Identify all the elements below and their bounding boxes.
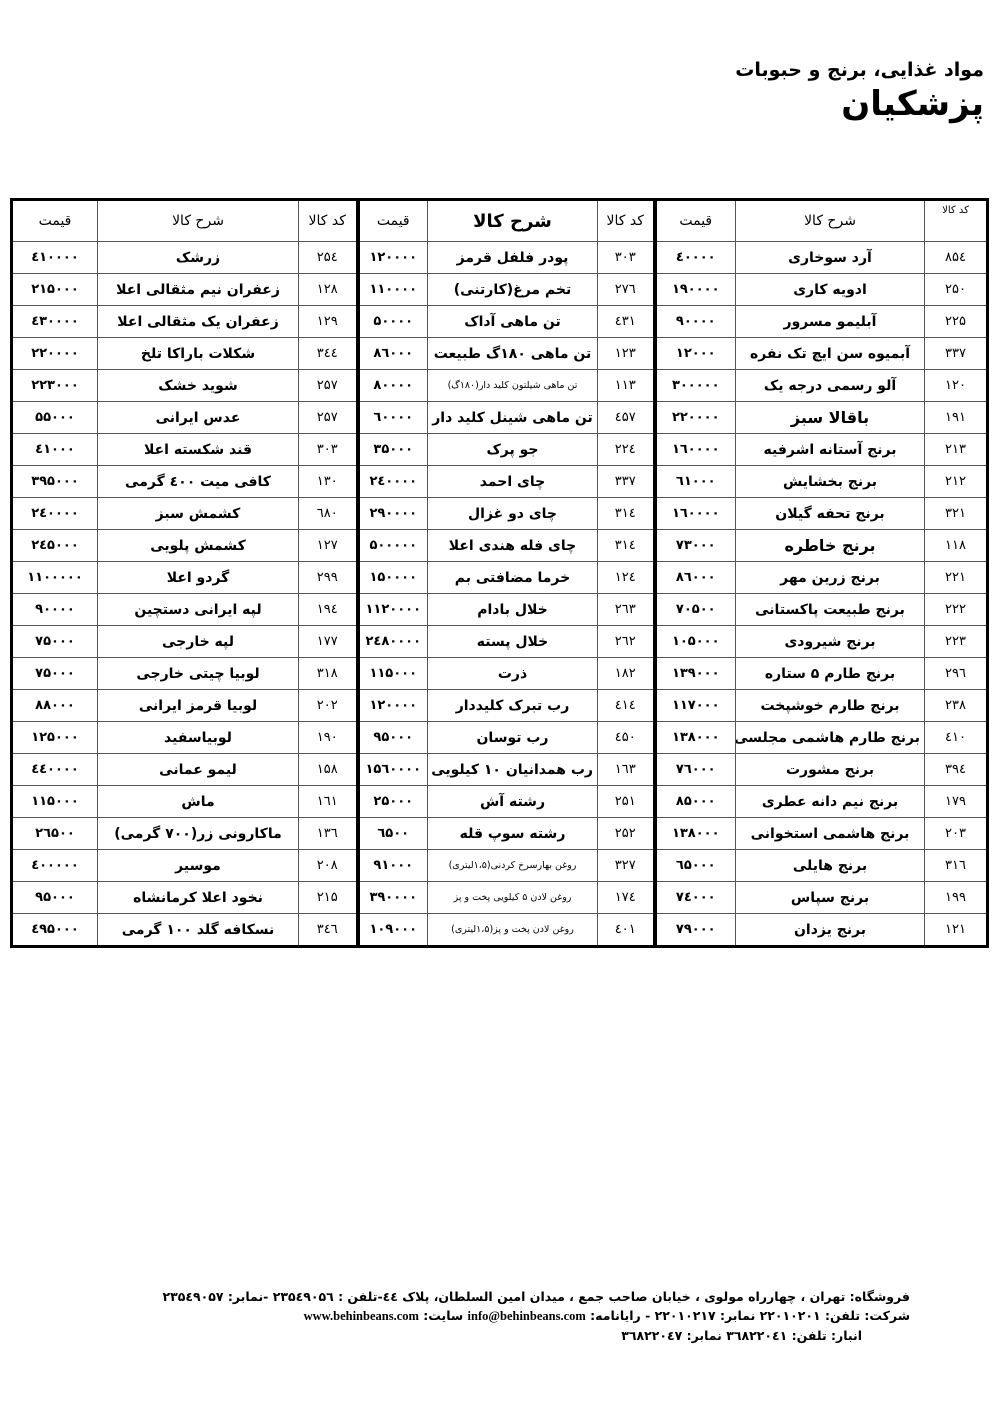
- cell-description: کشمش سبز: [98, 498, 299, 530]
- cell-price: ۱۱۷٠٠٠: [655, 690, 736, 722]
- cell-code: ۳۱٤: [598, 530, 655, 562]
- page-header: مواد غذایی، برنج و حبوبات پزشکیان: [735, 58, 984, 124]
- cell-code: ۲۲۳: [925, 626, 988, 658]
- cell-price: ٤۱٠٠٠: [12, 434, 98, 466]
- cell-code: ۱۲٠: [925, 370, 988, 402]
- cell-code: ۲۵۷: [299, 402, 358, 434]
- email-link[interactable]: info@behinbeans.com: [468, 1309, 586, 1323]
- cell-description: موسیر: [98, 850, 299, 882]
- table-row: ۱۲٠آلو رسمی درجه یک۳٠٠٠٠٠۱۱۳تن ماهی شیلت…: [12, 370, 988, 402]
- cell-code: ۱۳٦: [299, 818, 358, 850]
- cell-description: جو پرک: [428, 434, 598, 466]
- cell-description: چای فله هندی اعلا: [428, 530, 598, 562]
- cell-description: شوید خشک: [98, 370, 299, 402]
- cell-description: لپه ایرانی دستچین: [98, 594, 299, 626]
- catalog-subtitle: مواد غذایی، برنج و حبوبات: [735, 58, 984, 82]
- cell-code: ۱۹٠: [299, 722, 358, 754]
- site-label: سایت:: [423, 1308, 463, 1323]
- cell-description: نسکافه گلد ۱٠٠ گرمی: [98, 914, 299, 947]
- table-row: ٤۱٠برنج طارم هاشمی مجلسی۱۳۸٠٠٠٤۵٠رب توسا…: [12, 722, 988, 754]
- brand-title: پزشکیان: [735, 84, 984, 124]
- warehouse-contact: انبار: تلفن: ۳٦۸۲۲٠٤۱ نمابر: ۳٦۸۲۲٠٤۷: [130, 1326, 910, 1345]
- cell-price: ۵٠٠٠٠٠: [358, 530, 428, 562]
- cell-price: ٦۵٠٠: [358, 818, 428, 850]
- cell-price: ۸۵٠٠٠: [655, 786, 736, 818]
- table-row: ۱۹۹برنج سپاس۷٤٠٠٠۱۷٤روغن لادن ۵ کیلویی پ…: [12, 882, 988, 914]
- cell-price: ۱۱٠٠٠٠٠: [12, 562, 98, 594]
- cell-price: ۱۱۵٠٠٠: [12, 786, 98, 818]
- cell-code: ۲۲٤: [598, 434, 655, 466]
- cell-description: زعفران نیم مثقالی اعلا: [98, 274, 299, 306]
- cell-code: ٤۵٠: [598, 722, 655, 754]
- cell-description: عدس ایرانی: [98, 402, 299, 434]
- cell-price: ۱۳۸٠٠٠: [655, 818, 736, 850]
- cell-code: ۲۵۷: [299, 370, 358, 402]
- cell-price: ٦٠٠٠٠: [358, 402, 428, 434]
- cell-description: ادویه کاری: [736, 274, 925, 306]
- cell-description: لوبیا چیتی خارجی: [98, 658, 299, 690]
- price-list-table: کد کالا شرح کالا قیمت کد کالا شرح کالا ق…: [10, 198, 989, 948]
- cell-code: ٤۱٤: [598, 690, 655, 722]
- cell-price: ۱۲٠٠٠٠: [358, 242, 428, 274]
- table-row: ۲۲۳برنج شیرودی۱٠۵٠٠٠۲٦۲خلال پسته۲٤۸٠٠٠٠۱…: [12, 626, 988, 658]
- cell-price: ۹٠٠٠٠: [655, 306, 736, 338]
- cell-code: ۳٠۳: [299, 434, 358, 466]
- cell-code: ۸۵٤: [925, 242, 988, 274]
- cell-code: ۱۸۲: [598, 658, 655, 690]
- cell-description: زعفران یک مثقالی اعلا: [98, 306, 299, 338]
- cell-code: ۲٠۲: [299, 690, 358, 722]
- cell-description: برنج تحفه گیلان: [736, 498, 925, 530]
- cell-code: ٤۵۷: [598, 402, 655, 434]
- cell-code: ۲۵۲: [598, 818, 655, 850]
- cell-description: روغن لادن پخت و پز(۱،۵لیتری): [428, 914, 598, 947]
- cell-description: کشمش پلویی: [98, 530, 299, 562]
- cell-price: ۳۵٠٠٠: [358, 434, 428, 466]
- header-description: شرح کالا: [736, 200, 925, 242]
- cell-description: تن ماهی ۱۸٠گ طبیعت: [428, 338, 598, 370]
- cell-price: ۲۲٠٠٠٠: [655, 402, 736, 434]
- cell-code: ۲٠۸: [299, 850, 358, 882]
- cell-description: برنج مشورت: [736, 754, 925, 786]
- cell-code: ۱٦۱: [299, 786, 358, 818]
- cell-code: ۳۱۸: [299, 658, 358, 690]
- header-description: شرح کالا: [428, 200, 598, 242]
- cell-price: ۷۹٠٠٠: [655, 914, 736, 947]
- company-contact: شرکت: تلفن: ۲۲٠۱٠۲٠۱ نمابر: ۲۲٠۱٠۲۱۷ - ر…: [130, 1306, 910, 1326]
- cell-code: ۳٤٤: [299, 338, 358, 370]
- table-row: ۱۲۱برنج یزدان۷۹٠٠٠٤٠۱روغن لادن پخت و پز(…: [12, 914, 988, 947]
- cell-code: ٤۳۱: [598, 306, 655, 338]
- cell-description: لوبیاسفید: [98, 722, 299, 754]
- cell-description: لپه خارجی: [98, 626, 299, 658]
- company-phone-fax: شرکت: تلفن: ۲۲٠۱٠۲٠۱ نمابر: ۲۲٠۱٠۲۱۷ - ر…: [590, 1308, 910, 1323]
- cell-description: رشته سوپ قله: [428, 818, 598, 850]
- cell-description: برنج بخشایش: [736, 466, 925, 498]
- cell-code: ۲۵٠: [925, 274, 988, 306]
- cell-code: ۳۱٦: [925, 850, 988, 882]
- cell-price: ۹۵٠٠٠: [358, 722, 428, 754]
- table-body: ۸۵٤آرد سوخاری٤٠٠٠٠۳٠۳پودر فلفل قرمز۱۲٠٠٠…: [12, 242, 988, 947]
- cell-description: برنج طارم ۵ ستاره: [736, 658, 925, 690]
- cell-code: ۳۲۱: [925, 498, 988, 530]
- cell-code: ٦۸٠: [299, 498, 358, 530]
- cell-code: ۲۲۱: [925, 562, 988, 594]
- table-row: ۳۹٤برنج مشورت۷٦٠٠٠۱٦۳رب همدانیان ۱٠ کیلو…: [12, 754, 988, 786]
- cell-description: نخود اعلا کرمانشاه: [98, 882, 299, 914]
- cell-code: ۱۲۹: [299, 306, 358, 338]
- cell-code: ۳۱٤: [598, 498, 655, 530]
- cell-price: ۸۸٠٠٠: [12, 690, 98, 722]
- cell-price: ۳۹۵٠٠٠: [12, 466, 98, 498]
- table-row: ۱۷۹برنج نیم دانه عطری۸۵٠٠٠۲۵۱رشته آش۲۵٠٠…: [12, 786, 988, 818]
- cell-code: ٤٠۱: [598, 914, 655, 947]
- cell-description: رب توسان: [428, 722, 598, 754]
- table-row: ۲۵٠ادویه کاری۱۹٠٠٠٠۲۷٦تخم مرغ(کارتنی)۱۱٠…: [12, 274, 988, 306]
- cell-price: ۵۵٠٠٠: [12, 402, 98, 434]
- cell-description: روغن بهارسرخ کردنی(۱،۵لیتری): [428, 850, 598, 882]
- cell-description: شکلات باراکا تلخ: [98, 338, 299, 370]
- cell-price: ۲٤۵٠٠٠: [12, 530, 98, 562]
- cell-code: ۱۹٤: [299, 594, 358, 626]
- cell-price: ۷۳٠٠٠: [655, 530, 736, 562]
- cell-code: ۲۵٤: [299, 242, 358, 274]
- cell-code: ۳۲۷: [598, 850, 655, 882]
- table-row: ۲۹٦برنج طارم ۵ ستاره۱۳۹٠٠٠۱۸۲ذرت۱۱۵٠٠٠۳۱…: [12, 658, 988, 690]
- table-row: ۸۵٤آرد سوخاری٤٠٠٠٠۳٠۳پودر فلفل قرمز۱۲٠٠٠…: [12, 242, 988, 274]
- cell-price: ۱۱۵٠٠٠: [358, 658, 428, 690]
- cell-code: ۱۳٠: [299, 466, 358, 498]
- cell-description: زرشک: [98, 242, 299, 274]
- cell-price: ٤۱٠٠٠٠: [12, 242, 98, 274]
- cell-code: ۳۹٤: [925, 754, 988, 786]
- cell-price: ۱٠۹٠٠٠: [358, 914, 428, 947]
- cell-price: ٦۵٠٠٠: [655, 850, 736, 882]
- cell-price: ٤٤٠٠٠٠: [12, 754, 98, 786]
- table-row: ۳۳۷آبمیوه سن ایچ تک نفره۱۲٠٠٠۱۲۳تن ماهی …: [12, 338, 988, 370]
- cell-code: ٤۱٠: [925, 722, 988, 754]
- cell-code: ۲۲۲: [925, 594, 988, 626]
- cell-description: برنج آستانه اشرفیه: [736, 434, 925, 466]
- header-code: کد کالا: [598, 200, 655, 242]
- cell-price: ۸٠٠٠٠: [358, 370, 428, 402]
- table-row: ۲۲۱برنج زرین مهر۸٦٠٠٠۱۲٤خرما مضافتی بم۱۵…: [12, 562, 988, 594]
- cell-price: ۹۱٠٠٠: [358, 850, 428, 882]
- cell-description: برنج زرین مهر: [736, 562, 925, 594]
- cell-price: ۷٠۵٠٠: [655, 594, 736, 626]
- cell-description: برنج نیم دانه عطری: [736, 786, 925, 818]
- cell-description: آلو رسمی درجه یک: [736, 370, 925, 402]
- cell-description: رب تبرک کلیددار: [428, 690, 598, 722]
- cell-price: ۹۵٠٠٠: [12, 882, 98, 914]
- cell-price: ۷۵٠٠٠: [12, 658, 98, 690]
- cell-price: ٦۱٠٠٠: [655, 466, 736, 498]
- cell-price: ۸٦٠٠٠: [655, 562, 736, 594]
- cell-price: ۲٦۵٠٠: [12, 818, 98, 850]
- cell-code: ۱۲٤: [598, 562, 655, 594]
- cell-description: روغن لادن ۵ کیلویی پخت و پز: [428, 882, 598, 914]
- table-header-row: کد کالا شرح کالا قیمت کد کالا شرح کالا ق…: [12, 200, 988, 242]
- cell-code: ۲٦۲: [598, 626, 655, 658]
- cell-price: ۱۳۸٠٠٠: [655, 722, 736, 754]
- cell-description: باقالا سبز: [736, 402, 925, 434]
- cell-code: ۱۵۸: [299, 754, 358, 786]
- cell-code: ۲۷٦: [598, 274, 655, 306]
- cell-price: ۱۱٠٠٠٠: [358, 274, 428, 306]
- cell-code: ۲٦۳: [598, 594, 655, 626]
- cell-price: ۸٦٠٠٠: [358, 338, 428, 370]
- table-row: ۲۱۲برنج بخشایش٦۱٠٠٠۳۳۷چای احمد۲٤٠٠٠٠۱۳٠ک…: [12, 466, 988, 498]
- cell-price: ۲۲۳٠٠٠: [12, 370, 98, 402]
- table-row: ۲٠۳برنج هاشمی استخوانی۱۳۸٠٠٠۲۵۲رشته سوپ …: [12, 818, 988, 850]
- cell-price: ۳۹٠٠٠٠: [358, 882, 428, 914]
- cell-code: ۲٠۳: [925, 818, 988, 850]
- header-price: قیمت: [655, 200, 736, 242]
- cell-code: ۳٠۳: [598, 242, 655, 274]
- cell-code: ۱۲۳: [598, 338, 655, 370]
- cell-code: ۲۹٦: [925, 658, 988, 690]
- cell-description: قند شکسته اعلا: [98, 434, 299, 466]
- cell-price: ٤۹۵٠٠٠: [12, 914, 98, 947]
- table-row: ۲۳۸برنج طارم خوشپخت۱۱۷٠٠٠٤۱٤رب تبرک کلید…: [12, 690, 988, 722]
- cell-price: ۲۱۵٠٠٠: [12, 274, 98, 306]
- header-code: کد کالا: [925, 200, 988, 242]
- cell-code: ۲۵۱: [598, 786, 655, 818]
- cell-code: ۱۷٤: [598, 882, 655, 914]
- cell-description: برنج شیرودی: [736, 626, 925, 658]
- cell-code: ۳۳۷: [925, 338, 988, 370]
- contact-footer: فروشگاه: تهران ، چهارراه مولوی ، خیابان …: [130, 1287, 910, 1345]
- cell-code: ۱۲۸: [299, 274, 358, 306]
- table-row: ۱۹۱باقالا سبز۲۲٠٠٠٠٤۵۷تن ماهی شینل کلید …: [12, 402, 988, 434]
- cell-description: خلال بادام: [428, 594, 598, 626]
- cell-price: ۲۵٠٠٠: [358, 786, 428, 818]
- cell-price: ۷٤٠٠٠: [655, 882, 736, 914]
- cell-price: ۱۱۲٠٠٠٠: [358, 594, 428, 626]
- cell-description: پودر فلفل قرمز: [428, 242, 598, 274]
- cell-description: لیمو عمانی: [98, 754, 299, 786]
- cell-code: ۲۳۸: [925, 690, 988, 722]
- cell-description: برنج طارم هاشمی مجلسی: [736, 722, 925, 754]
- cell-description: برنج هایلی: [736, 850, 925, 882]
- cell-code: ۱۲۷: [299, 530, 358, 562]
- cell-code: ۱۹۹: [925, 882, 988, 914]
- cell-price: ٤٠٠٠٠: [655, 242, 736, 274]
- cell-code: ۱۹۱: [925, 402, 988, 434]
- table-row: ۲۲۲برنج طبیعت پاکستانی۷٠۵٠٠۲٦۳خلال بادام…: [12, 594, 988, 626]
- table-row: ۳۱٦برنج هایلی٦۵٠٠٠۳۲۷روغن بهارسرخ کردنی(…: [12, 850, 988, 882]
- cell-price: ۱۹٠٠٠٠: [655, 274, 736, 306]
- header-description: شرح کالا: [98, 200, 299, 242]
- cell-price: ۱۲٠٠٠٠: [358, 690, 428, 722]
- cell-description: چای احمد: [428, 466, 598, 498]
- table-row: ۲۲۵آبلیمو مسرور۹٠٠٠٠٤۳۱تن ماهی آداک۵٠٠٠٠…: [12, 306, 988, 338]
- cell-price: ٤٠٠٠٠٠: [12, 850, 98, 882]
- table-row: ۳۲۱برنج تحفه گیلان۱٦٠٠٠٠۳۱٤چای دو غزال۲۹…: [12, 498, 988, 530]
- cell-price: ۲٤٠٠٠٠: [12, 498, 98, 530]
- cell-code: ۱۱۳: [598, 370, 655, 402]
- cell-description: گردو اعلا: [98, 562, 299, 594]
- cell-price: ۳٠٠٠٠٠: [655, 370, 736, 402]
- cell-price: ۲٤۸٠٠٠٠: [358, 626, 428, 658]
- cell-price: ۷٦٠٠٠: [655, 754, 736, 786]
- cell-code: ۳٤٦: [299, 914, 358, 947]
- cell-price: ۱٠۵٠٠٠: [655, 626, 736, 658]
- cell-description: خرما مضافتی بم: [428, 562, 598, 594]
- cell-description: ذرت: [428, 658, 598, 690]
- cell-code: ۲۱۳: [925, 434, 988, 466]
- header-price: قیمت: [12, 200, 98, 242]
- cell-price: ۹٠٠٠٠: [12, 594, 98, 626]
- cell-description: برنج سپاس: [736, 882, 925, 914]
- cell-price: ۱۳۹٠٠٠: [655, 658, 736, 690]
- cell-price: ۱۵٦٠٠٠٠: [358, 754, 428, 786]
- cell-price: ۱٦٠٠٠٠: [655, 498, 736, 530]
- table-row: ۲۱۳برنج آستانه اشرفیه۱٦٠٠٠٠۲۲٤جو پرک۳۵٠٠…: [12, 434, 988, 466]
- header-code: کد کالا: [299, 200, 358, 242]
- cell-description: تن ماهی شینل کلید دار: [428, 402, 598, 434]
- cell-description: تن ماهی شیلتون کلید دار(۱۸٠گ): [428, 370, 598, 402]
- cell-code: ۲۲۵: [925, 306, 988, 338]
- cell-code: ۲۹۹: [299, 562, 358, 594]
- header-price: قیمت: [358, 200, 428, 242]
- cell-code: ۱٦۳: [598, 754, 655, 786]
- cell-price: ۷۵٠٠٠: [12, 626, 98, 658]
- cell-price: ۱۲۵٠٠٠: [12, 722, 98, 754]
- cell-price: ۱۵٠٠٠٠: [358, 562, 428, 594]
- cell-code: ۲۱۲: [925, 466, 988, 498]
- cell-code: ۲۱۵: [299, 882, 358, 914]
- cell-code: ۱۷۹: [925, 786, 988, 818]
- cell-description: تن ماهی آداک: [428, 306, 598, 338]
- cell-price: ۱۲٠٠٠: [655, 338, 736, 370]
- cell-description: برنج یزدان: [736, 914, 925, 947]
- cell-description: آبمیوه سن ایچ تک نفره: [736, 338, 925, 370]
- cell-price: ۲۲٠٠٠٠: [12, 338, 98, 370]
- cell-code: ۳۳۷: [598, 466, 655, 498]
- cell-description: تخم مرغ(کارتنی): [428, 274, 598, 306]
- cell-code: ۱۱۸: [925, 530, 988, 562]
- cell-description: برنج هاشمی استخوانی: [736, 818, 925, 850]
- cell-description: ماش: [98, 786, 299, 818]
- cell-description: لوبیا قرمز ایرانی: [98, 690, 299, 722]
- cell-price: ۵٠٠٠٠: [358, 306, 428, 338]
- cell-price: ٤۳٠٠٠٠: [12, 306, 98, 338]
- cell-description: چای دو غزال: [428, 498, 598, 530]
- cell-description: آبلیمو مسرور: [736, 306, 925, 338]
- website-link[interactable]: www.behinbeans.com: [304, 1309, 419, 1323]
- cell-code: ۱۲۱: [925, 914, 988, 947]
- store-address: فروشگاه: تهران ، چهارراه مولوی ، خیابان …: [130, 1287, 910, 1306]
- cell-description: برنج طارم خوشپخت: [736, 690, 925, 722]
- cell-price: ۱٦٠٠٠٠: [655, 434, 736, 466]
- cell-description: برنج خاطره: [736, 530, 925, 562]
- cell-description: کافی میت ٤٠٠ گرمی: [98, 466, 299, 498]
- cell-description: رب همدانیان ۱٠ کیلویی: [428, 754, 598, 786]
- cell-price: ۲۹٠٠٠٠: [358, 498, 428, 530]
- cell-code: ۱۷۷: [299, 626, 358, 658]
- cell-description: خلال پسته: [428, 626, 598, 658]
- cell-price: ۲٤٠٠٠٠: [358, 466, 428, 498]
- cell-description: ماکارونی زر(۷٠٠ گرمی): [98, 818, 299, 850]
- cell-description: برنج طبیعت پاکستانی: [736, 594, 925, 626]
- cell-description: آرد سوخاری: [736, 242, 925, 274]
- table-row: ۱۱۸برنج خاطره۷۳٠٠٠۳۱٤چای فله هندی اعلا۵٠…: [12, 530, 988, 562]
- cell-description: رشته آش: [428, 786, 598, 818]
